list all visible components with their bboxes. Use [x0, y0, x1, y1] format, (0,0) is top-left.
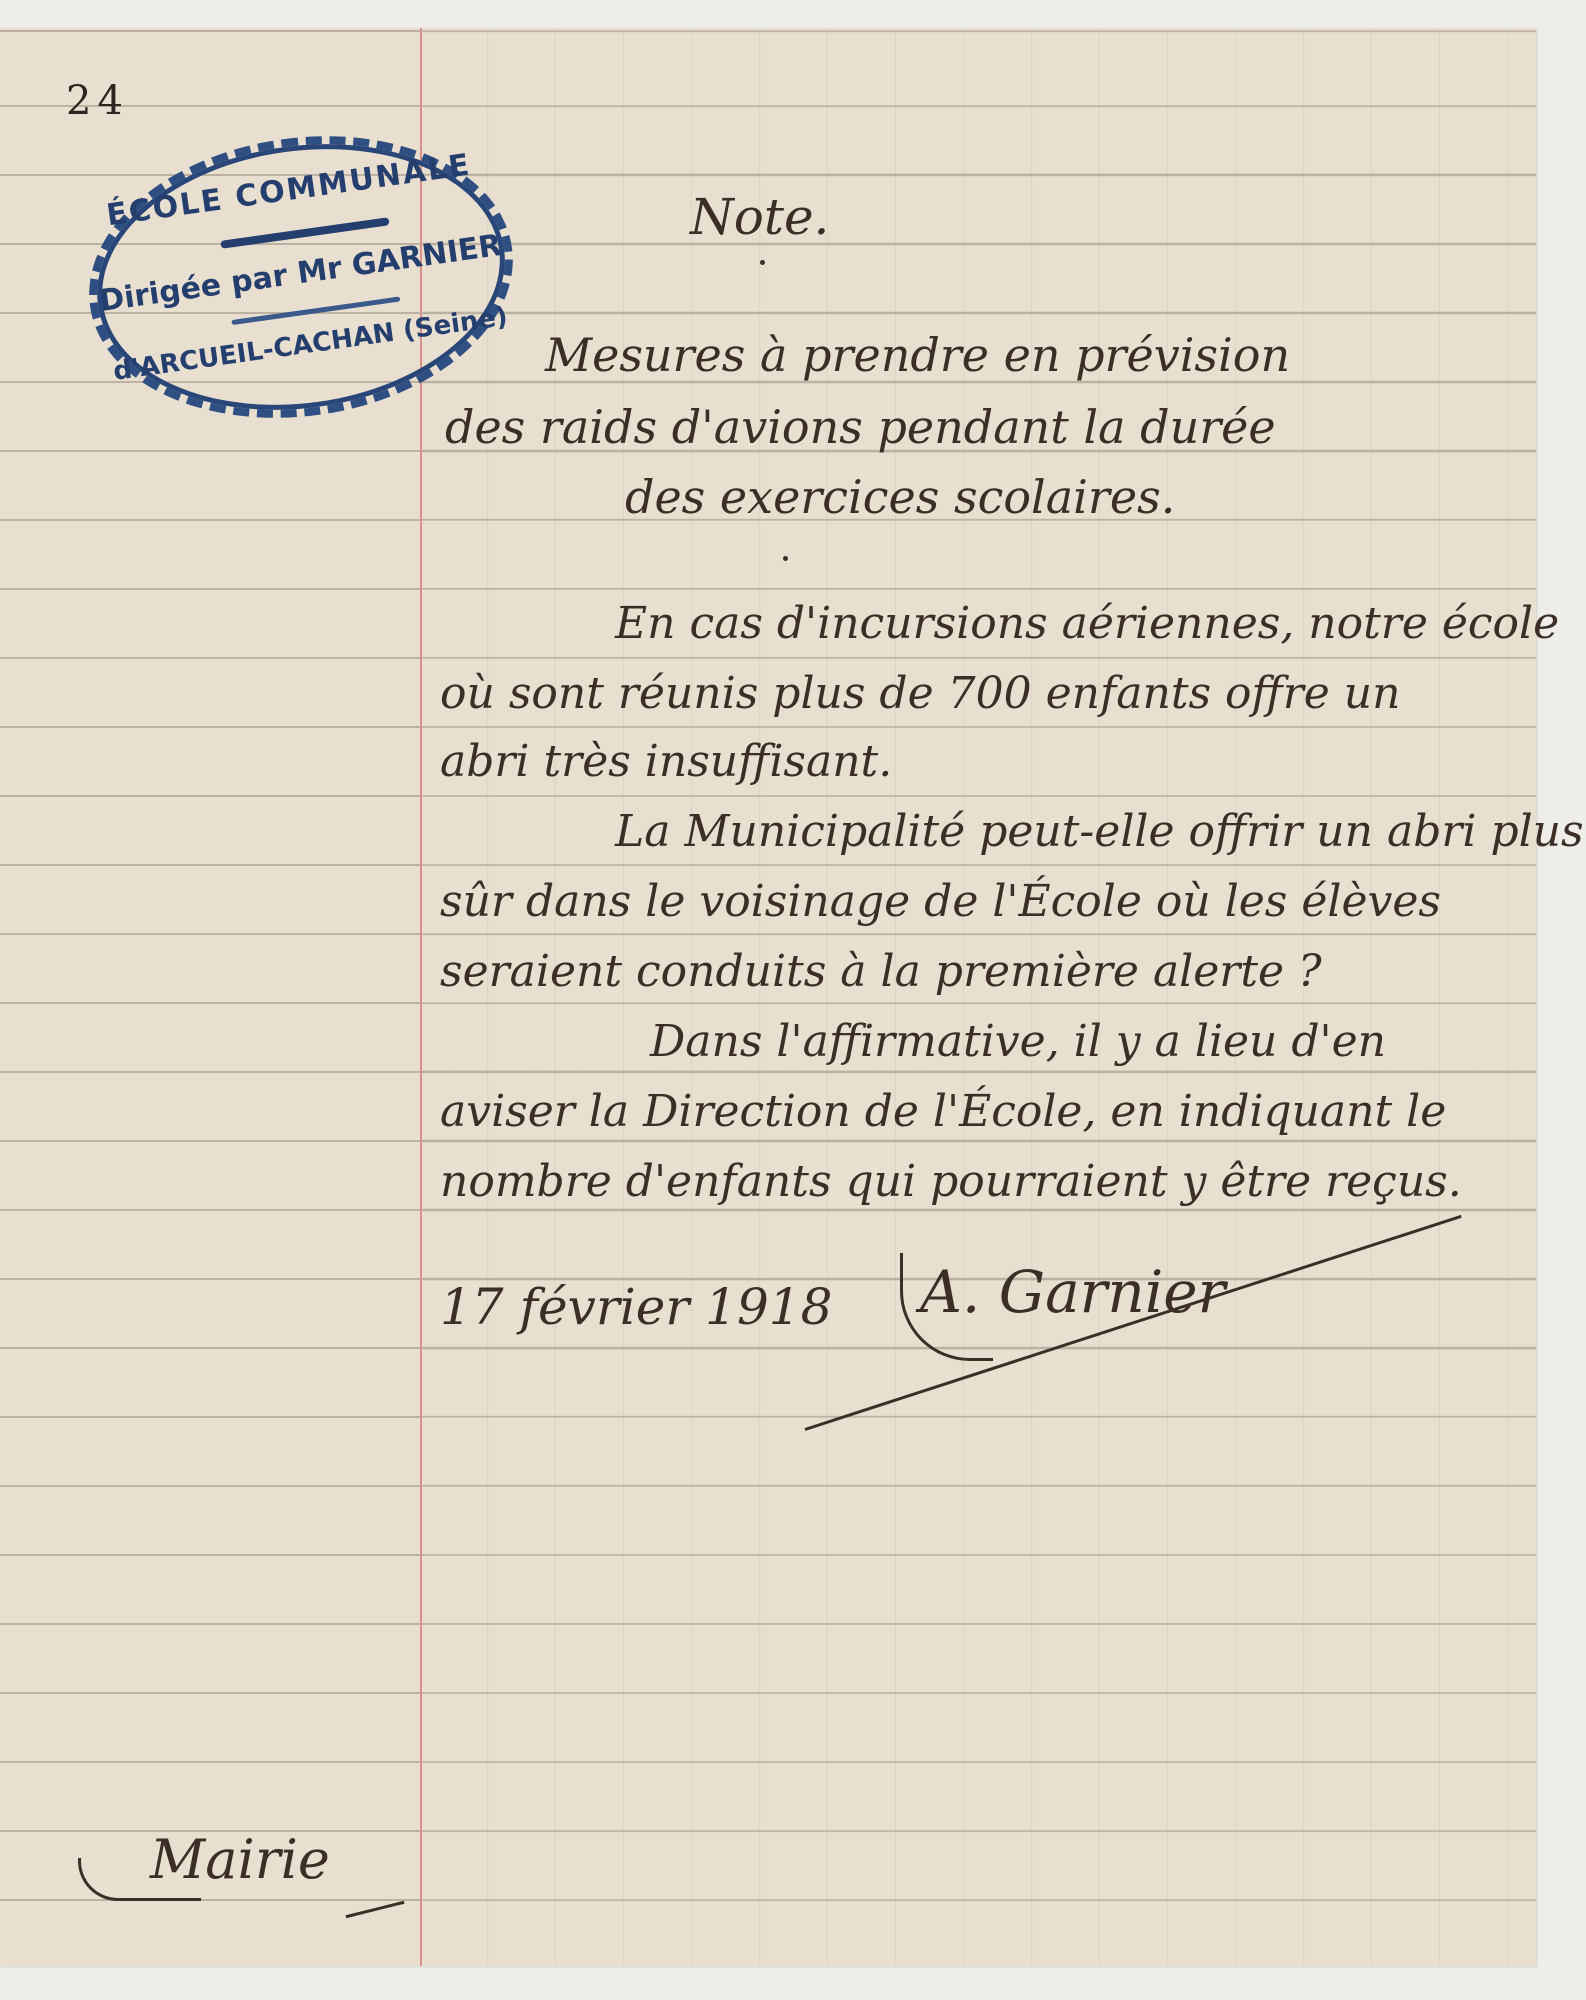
body-line-3: abri très insuffisant.	[440, 736, 892, 787]
document-date: 17 février 1918	[440, 1278, 832, 1336]
addressee-tail	[346, 1901, 405, 1918]
page-number: 24	[66, 78, 129, 124]
body-line-8: aviser la Direction de l'École, en indiq…	[440, 1086, 1446, 1137]
addressee: Mairie	[150, 1828, 330, 1891]
body-line-6: seraient conduits à la première alerte ?	[440, 946, 1322, 997]
ink-dot	[783, 556, 788, 561]
subject-line-1: Mesures à prendre en prévision	[545, 328, 1290, 382]
body-line-2: où sont réunis plus de 700 enfants offre…	[440, 668, 1400, 719]
paper-sheet: 24 ÉCOLE COMMUNALE Dirigée par Mr GARNIE…	[0, 28, 1536, 1966]
stamp-ornament	[220, 217, 389, 249]
subject-line-2: des raids d'avions pendant la durée	[445, 400, 1276, 454]
stamp-line-2: Dirigée par Mr GARNIER	[95, 228, 506, 320]
subject-line-3: des exercices scolaires.	[625, 470, 1175, 524]
ink-dot	[760, 260, 765, 265]
signature: A. Garnier	[920, 1258, 1225, 1326]
body-line-9: nombre d'enfants qui pourraient y être r…	[440, 1156, 1462, 1207]
document-title: Note.	[690, 188, 829, 246]
body-line-4: La Municipalité peut-elle offrir un abri…	[615, 806, 1584, 857]
school-stamp: ÉCOLE COMMUNALE Dirigée par Mr GARNIER d…	[71, 110, 532, 445]
stamp-line-1: ÉCOLE COMMUNALE	[83, 144, 494, 236]
signature-flourish	[805, 1215, 1462, 1431]
body-line-5: sûr dans le voisinage de l'École où les …	[440, 876, 1441, 927]
body-line-7: Dans l'affirmative, il y a lieu d'en	[650, 1016, 1386, 1067]
body-line-1: En cas d'incursions aériennes, notre éco…	[615, 598, 1559, 649]
